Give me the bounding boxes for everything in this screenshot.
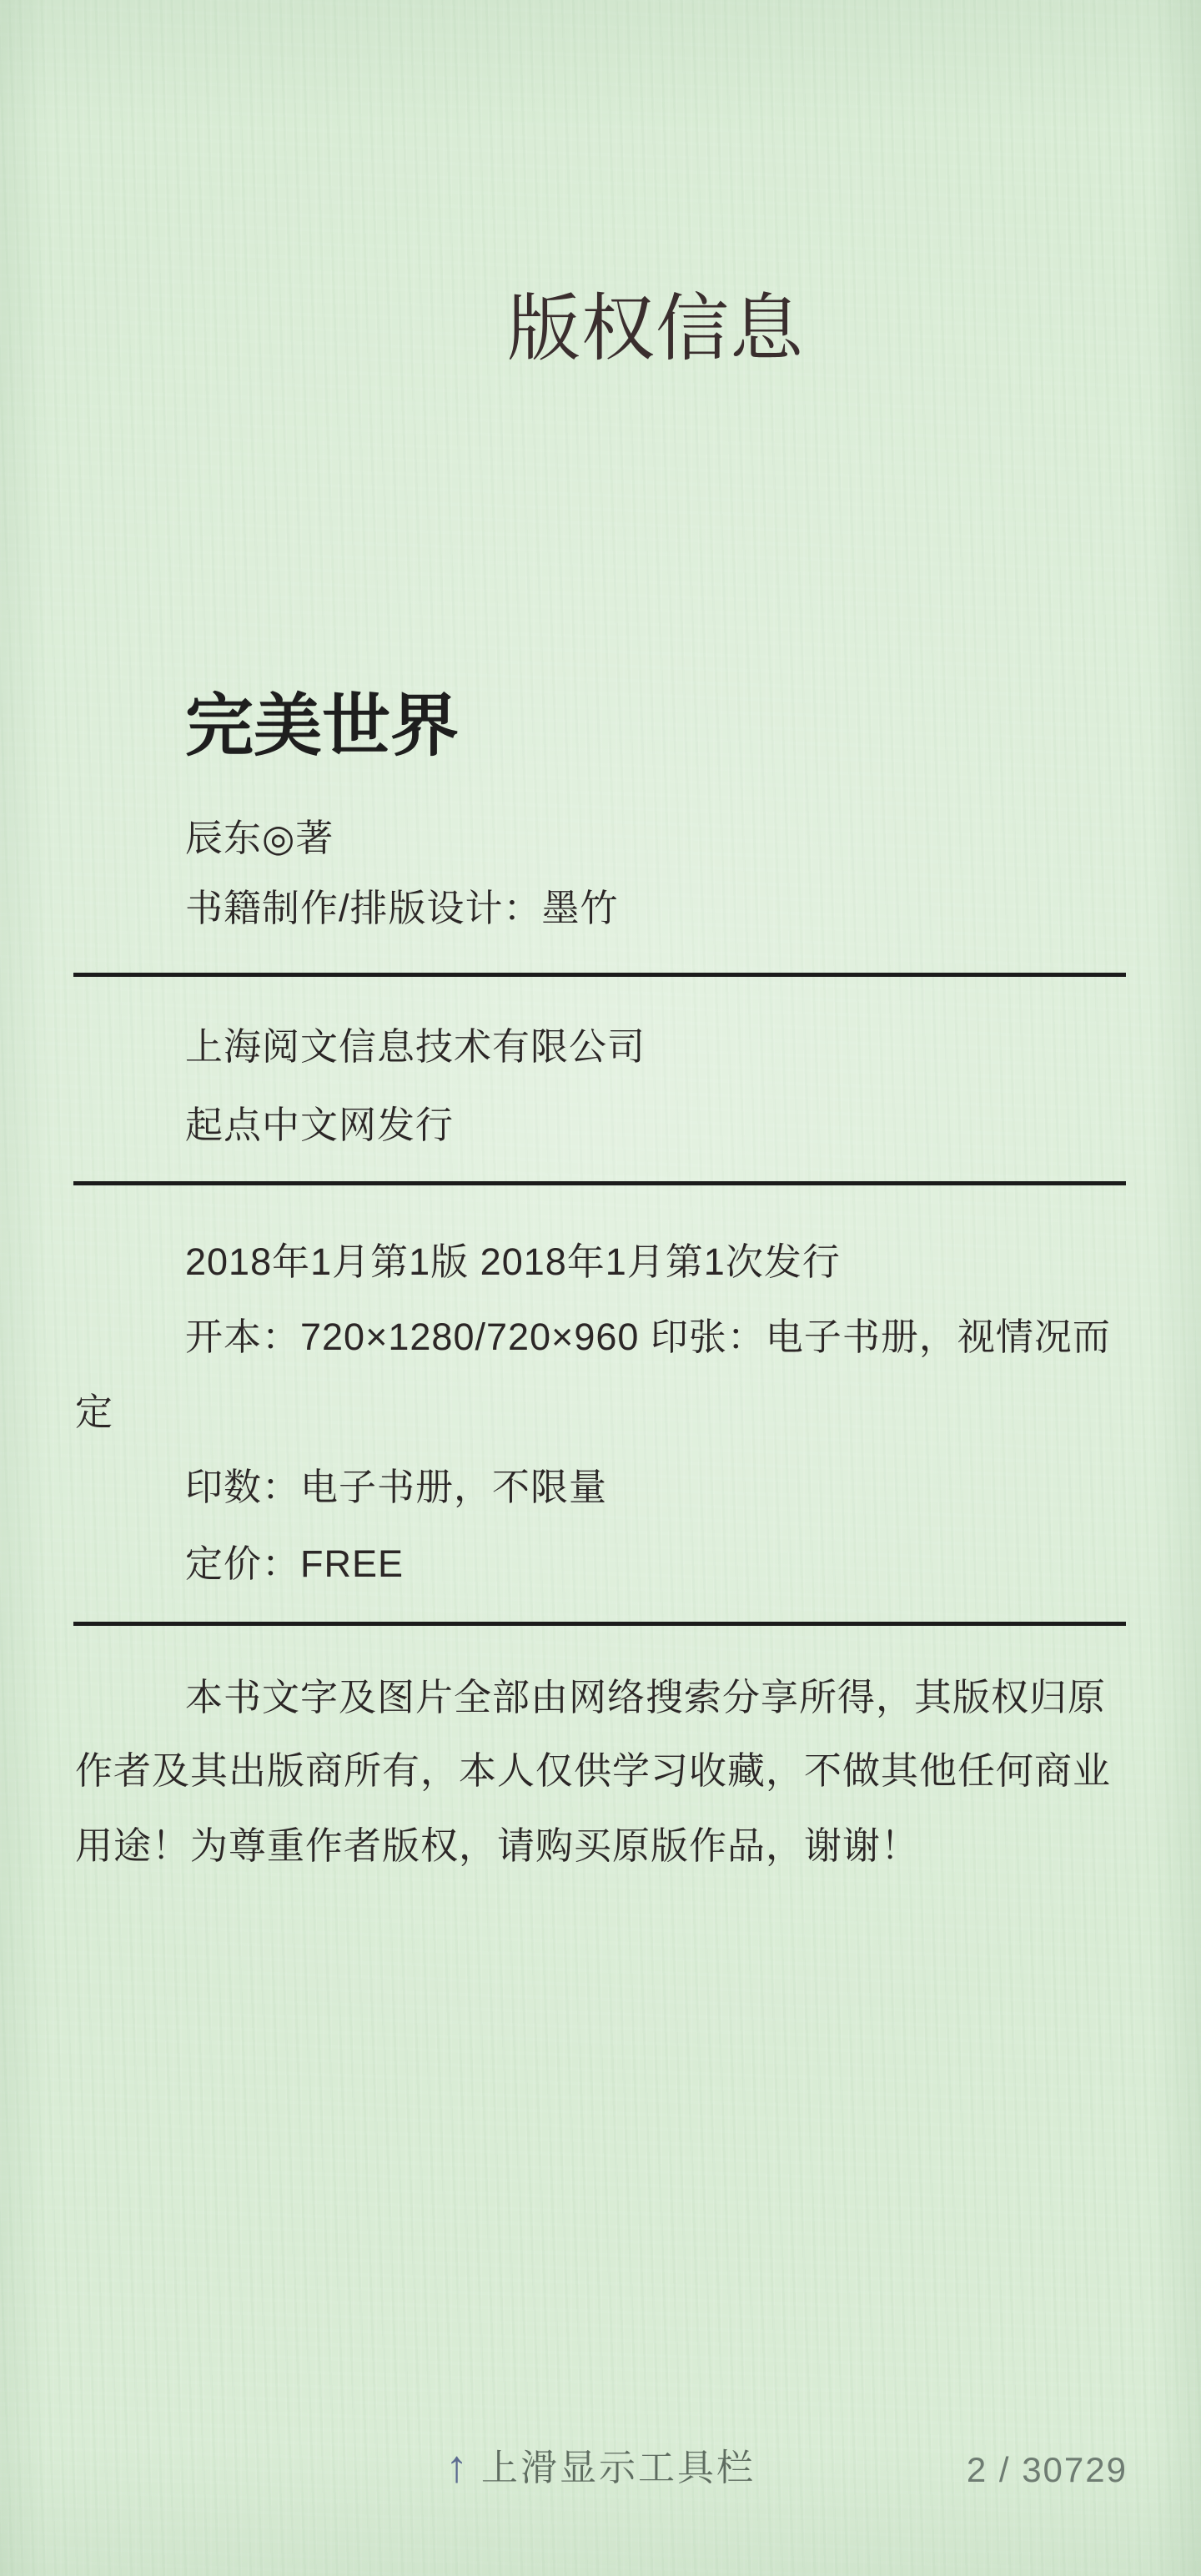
format-line-wrap: 定 bbox=[75, 1390, 113, 1434]
page-indicator: 2 / 30729 bbox=[967, 2449, 1128, 2491]
disclaimer-line: 用途！为尊重作者版权，请购买原版作品，谢谢！ bbox=[75, 1824, 919, 1868]
publisher-distribution-line: 起点中文网发行 bbox=[185, 1103, 454, 1147]
up-arrow-icon: ↑ bbox=[445, 2441, 468, 2493]
price-line: 定价：FREE bbox=[185, 1542, 404, 1586]
production-line: 书籍制作/排版设计：墨竹 bbox=[185, 886, 619, 930]
publisher-company-line: 上海阅文信息技术有限公司 bbox=[185, 1024, 646, 1069]
reader-page[interactable]: 版权信息 完美世界 辰东◎著 书籍制作/排版设计：墨竹 上海阅文信息技术有限公司… bbox=[0, 0, 1201, 2576]
divider bbox=[73, 1622, 1126, 1626]
chapter-title: 版权信息 bbox=[0, 292, 1201, 365]
swipe-hint-label: 上滑显示工具栏 bbox=[481, 2441, 756, 2496]
divider bbox=[73, 973, 1126, 977]
edition-line: 2018年1月第1版 2018年1月第1次发行 bbox=[185, 1240, 841, 1284]
format-line: 开本：720×1280/720×960 印张：电子书册，视情况而 bbox=[185, 1315, 1111, 1359]
disclaimer-line: 本书文字及图片全部由网络搜索分享所得，其版权归原 bbox=[185, 1675, 1106, 1719]
print-run-line: 印数：电子书册，不限量 bbox=[185, 1465, 607, 1509]
divider bbox=[73, 1181, 1126, 1185]
author-line: 辰东◎著 bbox=[185, 816, 334, 860]
disclaimer-line: 作者及其出版商所有，本人仅供学习收藏，不做其他任何商业 bbox=[75, 1748, 1111, 1793]
book-title: 完美世界 bbox=[185, 689, 459, 764]
